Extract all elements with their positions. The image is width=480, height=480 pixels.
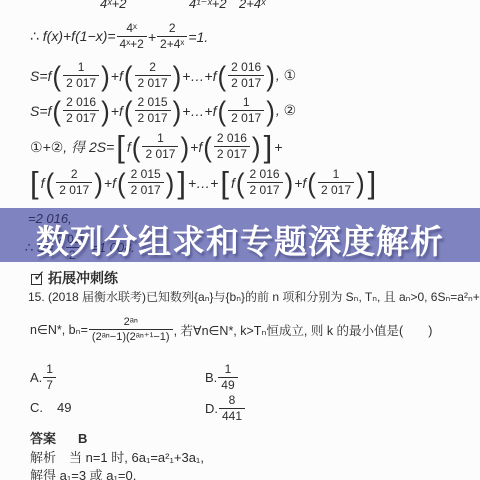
big-paren: ) — [94, 169, 103, 196]
formula-line-sum2: [f(22 017)+f(2 0152 017)]+…+[f(2 0162 01… — [28, 167, 378, 198]
fraction-denominator: (2ᵃⁿ−1)(2ᵃⁿ⁺¹−1) — [89, 329, 173, 344]
answer-label: 答案 — [30, 431, 56, 446]
big-paren: ( — [124, 97, 133, 124]
fraction: 4ˣ4ˣ+2 — [117, 21, 147, 52]
fraction-numerator: 2 016 — [228, 60, 264, 75]
option-c-value: 49 — [57, 400, 71, 415]
math-text: + — [274, 139, 282, 155]
math-text: A. — [30, 370, 42, 385]
formula-line-s2: S=f(2 0162 017)+f(2 0152 017)+…+f(12 017… — [30, 95, 296, 126]
analysis-line1: 解析 当 n=1 时, 6a₁=a²₁+3a₁, — [30, 447, 204, 466]
fraction-denominator: 2 017 — [63, 110, 99, 126]
fraction: 2 0152 017 — [128, 167, 164, 198]
title-banner: =2 016, ∴ S=2 0162=1 008. 数列分组求和专题深度解析 — [0, 208, 480, 262]
formula-line-sum1: ①+②, 得 2S=[f(12 017)+f(2 0162 017)]+ — [30, 131, 282, 162]
fraction-denominator: 2 017 — [318, 182, 354, 198]
fraction: 2 0152 017 — [135, 95, 171, 126]
option-b: B.149 — [205, 362, 239, 393]
fraction-denominator: 2 017 — [128, 182, 164, 198]
math-text: D. — [205, 401, 218, 416]
fraction-numerator: 1 — [43, 362, 56, 377]
math-text: ①+②, 得 2S= — [30, 137, 114, 157]
page-title: 数列分组求和专题深度解析 — [0, 216, 480, 262]
math-text: +…+ — [188, 175, 218, 191]
fraction: 12 017 — [63, 60, 99, 91]
big-paren: ( — [132, 133, 141, 160]
fraction: 2 0162 017 — [247, 167, 283, 198]
section-header: ✓ 拓展冲刺练 — [30, 268, 118, 288]
fraction: 2 0162 017 — [63, 95, 99, 126]
math-text: , 若∀n∈N*, k>Tₙ恒成立, 则 k 的最小值是( ) — [174, 321, 433, 339]
big-paren: ) — [266, 62, 275, 89]
fraction-denominator: 2 017 — [228, 75, 264, 91]
fraction-denominator: 2 017 — [214, 146, 250, 162]
math-text: B. — [205, 370, 217, 385]
fraction: 22 017 — [56, 167, 92, 198]
fraction-denominator: 2 017 — [142, 146, 178, 162]
section-title: 拓展冲刺练 — [48, 268, 118, 288]
big-paren: ) — [252, 133, 261, 160]
big-paren: ( — [203, 133, 212, 160]
big-paren: ) — [285, 169, 294, 196]
fraction: 12 017 — [142, 131, 178, 162]
fraction: 22 017 — [135, 60, 171, 91]
big-bracket: ] — [368, 167, 377, 198]
fraction-denominator: 4ˣ+2 — [100, 0, 126, 11]
math-text: +f — [294, 175, 306, 191]
fraction-denominator: 2 017 — [135, 110, 171, 126]
big-paren: ) — [173, 97, 182, 124]
fraction-denominator: 2 017 — [247, 182, 283, 198]
option-d: D.8441 — [205, 393, 246, 424]
fraction: 22+4ˣ — [157, 21, 187, 52]
big-bracket: ] — [177, 167, 186, 198]
fraction-numerator: 2 — [68, 167, 81, 182]
fraction-numerator: 1 — [222, 362, 235, 377]
formula-line-s1: S=f(12 017)+f(22 017)+…+f(2 0162 017), ① — [30, 60, 296, 91]
math-text: ∴ f(x)+f(1−x)= — [30, 28, 116, 45]
fraction-numerator: 2ᵃⁿ — [121, 315, 141, 329]
option-a: A.17 — [30, 362, 57, 393]
math-text: +…+f — [182, 68, 216, 84]
big-paren: ) — [266, 97, 275, 124]
big-paren: ( — [124, 62, 133, 89]
document-page: 4ˣ+2 4¹⁻ˣ+2 2+4ˣ ∴ f(x)+f(1−x)=4ˣ4ˣ+2+22… — [0, 0, 480, 480]
fraction-denominator: 2 017 — [228, 110, 264, 126]
math-text: S=f — [30, 68, 51, 84]
big-paren: ) — [180, 133, 189, 160]
problem-statement-line1: 15. (2018 届衡水联考)已知数列{aₙ}与{bₙ}的前 n 项和分别为 … — [28, 288, 480, 305]
math-text: , ① — [276, 67, 296, 84]
math-text: f — [127, 139, 131, 155]
fraction-numerator: 2 015 — [128, 167, 164, 182]
fraction: 12 017 — [318, 167, 354, 198]
fraction-denominator: 2 017 — [63, 75, 99, 91]
fraction: 2 0162 017 — [214, 131, 250, 162]
fraction-numerator: 1 — [154, 131, 167, 146]
math-text: +f — [104, 175, 116, 191]
math-text: n∈N*, bₙ= — [30, 322, 88, 337]
fraction-denominator: 2+4ˣ — [157, 36, 187, 52]
fraction-denominator: 49 — [218, 377, 237, 393]
fraction-numerator: 8 — [226, 393, 239, 408]
fraction-denominator: 441 — [219, 408, 245, 424]
big-bracket: [ — [30, 167, 39, 198]
math-text: S=f — [30, 103, 51, 119]
check-mark: ✓ — [33, 267, 46, 285]
math-text: +f — [111, 103, 123, 119]
big-bracket: [ — [116, 131, 125, 162]
answer-value: B — [78, 431, 87, 446]
formula-line-fx: ∴ f(x)+f(1−x)=4ˣ4ˣ+2+22+4ˣ=1. — [30, 21, 208, 52]
big-paren: ( — [117, 169, 126, 196]
fraction-numerator: 2 015 — [135, 95, 171, 110]
math-text: , ② — [276, 102, 296, 119]
fraction: 2ᵃⁿ(2ᵃⁿ−1)(2ᵃⁿ⁺¹−1) — [89, 315, 173, 345]
option-c-label: C. — [30, 400, 43, 415]
big-paren: ) — [101, 62, 110, 89]
fraction-numerator: 2 — [166, 21, 179, 36]
big-paren: ( — [236, 169, 245, 196]
math-text: =1. — [188, 29, 208, 45]
problem-statement-line2: n∈N*, bₙ=2ᵃⁿ(2ᵃⁿ−1)(2ᵃⁿ⁺¹−1), 若∀n∈N*, k>… — [30, 315, 432, 345]
big-paren: ( — [217, 62, 226, 89]
fraction: 17 — [43, 362, 56, 393]
fraction-denominator: 2 017 — [56, 182, 92, 198]
math-text: +f — [190, 139, 202, 155]
math-text: f — [231, 175, 235, 191]
fraction-denominator: 4¹⁻ˣ+2 — [189, 0, 227, 12]
answer-row: 答案B — [30, 428, 87, 447]
fraction-numerator: 1 — [330, 167, 343, 182]
option-c: C.49 — [30, 400, 71, 415]
big-paren: ( — [307, 169, 316, 196]
fraction-denominator: 2+4ˣ — [239, 0, 265, 11]
checkbox-check-icon: ✓ — [30, 271, 46, 286]
fraction-numerator: 2 016 — [214, 131, 250, 146]
big-paren: ( — [52, 97, 61, 124]
fraction-numerator: 2 016 — [247, 167, 283, 182]
math-text: + — [148, 29, 156, 45]
big-paren: ) — [356, 169, 365, 196]
big-paren: ) — [173, 62, 182, 89]
math-text: f — [41, 175, 45, 191]
fraction: 8441 — [219, 393, 245, 424]
fraction-numerator: 1 — [240, 95, 253, 110]
big-bracket: ] — [264, 131, 273, 162]
big-paren: ( — [46, 169, 55, 196]
fraction-numerator: 2 016 — [63, 95, 99, 110]
fraction: 149 — [218, 362, 237, 393]
big-paren: ( — [52, 62, 61, 89]
big-paren: ) — [166, 169, 175, 196]
math-text: +…+f — [182, 103, 216, 119]
fraction: 2 0162 017 — [228, 60, 264, 91]
big-paren: ( — [217, 97, 226, 124]
math-text: +f — [111, 68, 123, 84]
fraction-denominator: 4ˣ+2 — [117, 36, 147, 52]
fraction-numerator: 1 — [75, 60, 88, 75]
fraction-denominator: 7 — [43, 377, 56, 393]
fraction-numerator: 4ˣ — [123, 21, 140, 36]
fraction-denominator: 2 017 — [135, 75, 171, 91]
analysis-line2: 解得 a₁=3 或 a₁=0. — [30, 465, 136, 480]
big-bracket: [ — [220, 167, 229, 198]
big-paren: ) — [101, 97, 110, 124]
fraction-numerator: 2 — [146, 60, 159, 75]
fraction: 12 017 — [228, 95, 264, 126]
